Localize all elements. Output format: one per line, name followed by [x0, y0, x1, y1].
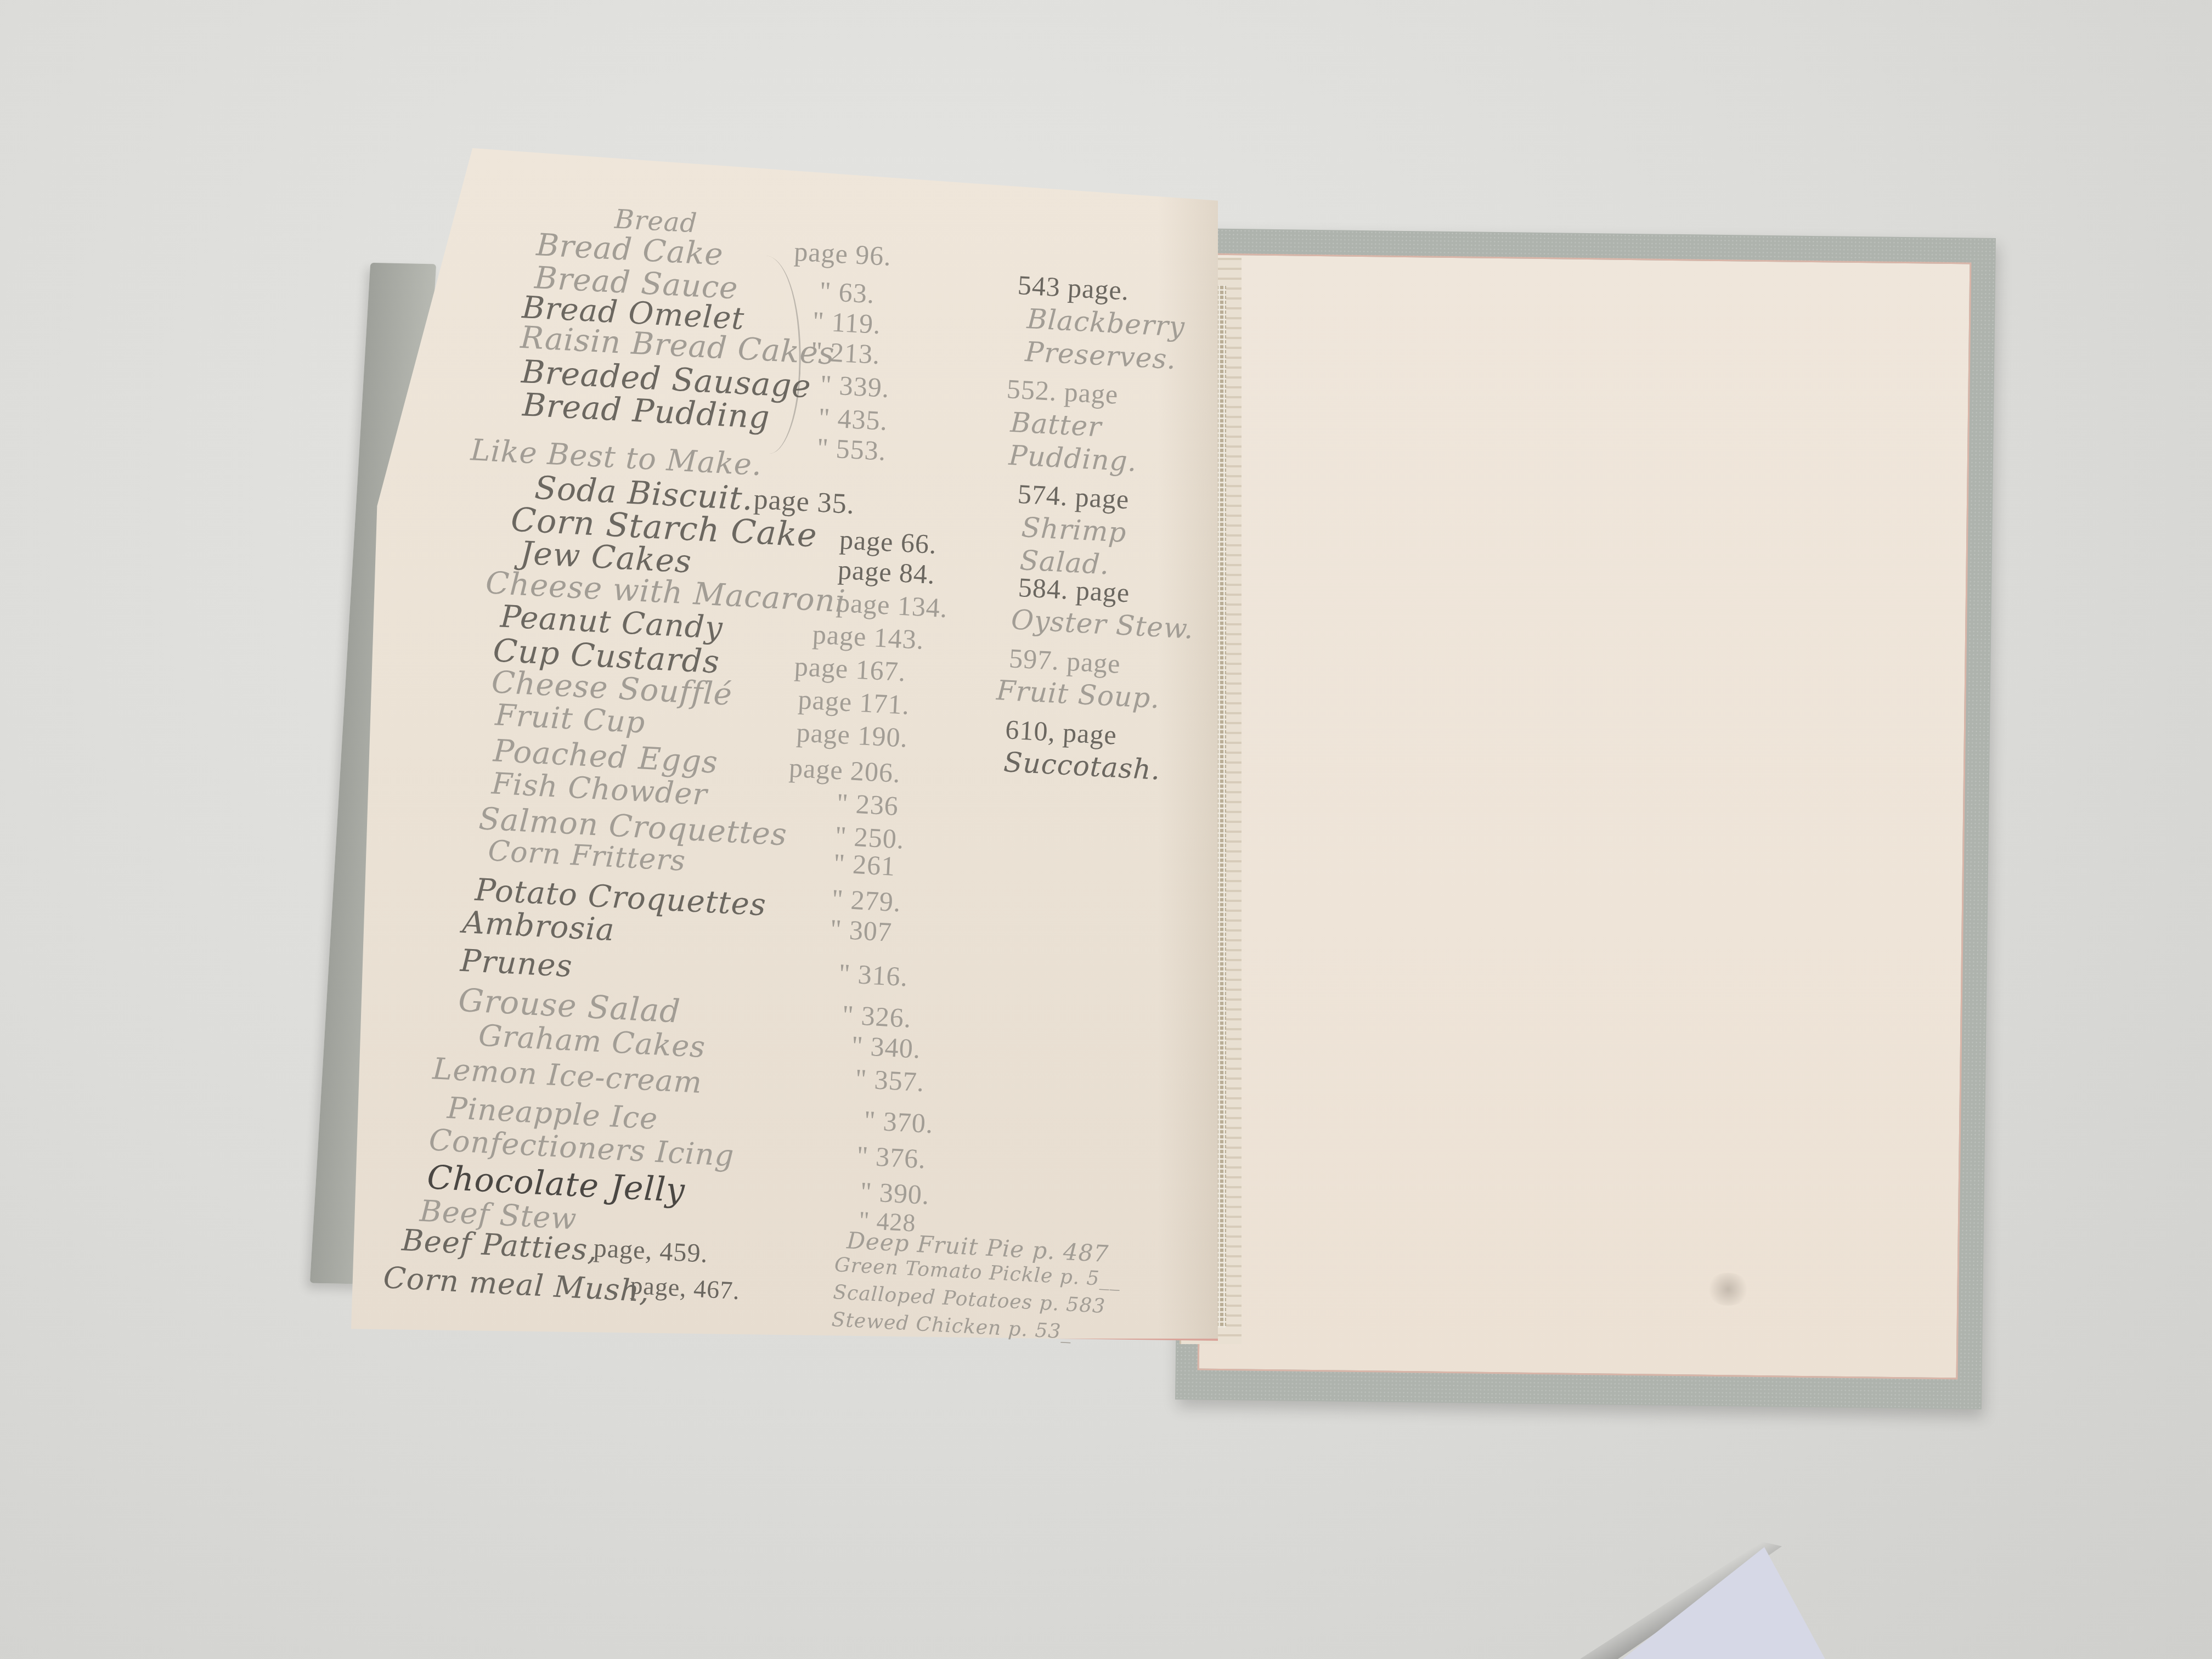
right-column-ref: 543 page.: [1017, 269, 1130, 307]
photo-scene: Bread Bread Cake page 96. Bread Sauce " …: [0, 0, 2212, 1659]
recipe-ref: page 190.: [795, 716, 909, 754]
right-column-item: Blackberry Preserves.: [1024, 302, 1170, 375]
recipe-ref: " 370.: [863, 1104, 934, 1140]
right-column-item: Batter Pudding.: [1008, 406, 1154, 479]
recipe-ref: " 357.: [854, 1063, 925, 1098]
recipe-ref: page 171.: [797, 683, 910, 721]
recipe-ref: page 206.: [788, 752, 901, 789]
page-stain: [1706, 1273, 1750, 1306]
right-column-ref: 552. page: [1006, 373, 1119, 410]
right-column-ref: 597. page: [1008, 642, 1121, 680]
right-endpaper-blank-page: [1198, 253, 1972, 1380]
recipe-ref: " 279.: [831, 883, 902, 918]
bread-item-ref: " 553.: [816, 431, 887, 467]
bread-item-ref: " 119.: [812, 305, 882, 340]
bread-item-ref: " 435.: [817, 402, 888, 437]
recipe-ref: " 307: [830, 913, 893, 948]
recipe-ref: " 390.: [860, 1175, 930, 1211]
right-column-ref: 574. page: [1017, 478, 1130, 516]
right-column-ref: 610, page: [1005, 713, 1118, 751]
recipe-ref: page 143.: [812, 618, 925, 656]
bread-item-ref: page 96.: [793, 235, 892, 272]
bread-item-ref: " 339.: [820, 369, 890, 404]
loose-paper-corner: [1618, 1547, 1827, 1659]
recipe-ref: page, 459.: [593, 1233, 709, 1269]
recipe-ref: page 134.: [836, 586, 949, 624]
recipe-item: Prunes: [460, 943, 574, 985]
recipe-ref: " 261: [833, 847, 896, 882]
recipe-ref: " 316.: [838, 957, 909, 993]
recipe-ref: " 326.: [842, 998, 912, 1034]
bread-item-ref: " 63.: [819, 275, 875, 309]
recipe-ref: " 340.: [851, 1029, 922, 1065]
recipe-ref: page 84.: [837, 554, 936, 590]
recipe-ref: " 236: [836, 787, 900, 822]
recipe-ref: page, 467.: [629, 1271, 741, 1305]
right-column-ref: 584. page: [1018, 571, 1131, 609]
recipe-ref: page 167.: [794, 650, 907, 688]
recipe-ref: " 376.: [856, 1139, 927, 1175]
bread-item-ref: " 213.: [810, 335, 881, 371]
